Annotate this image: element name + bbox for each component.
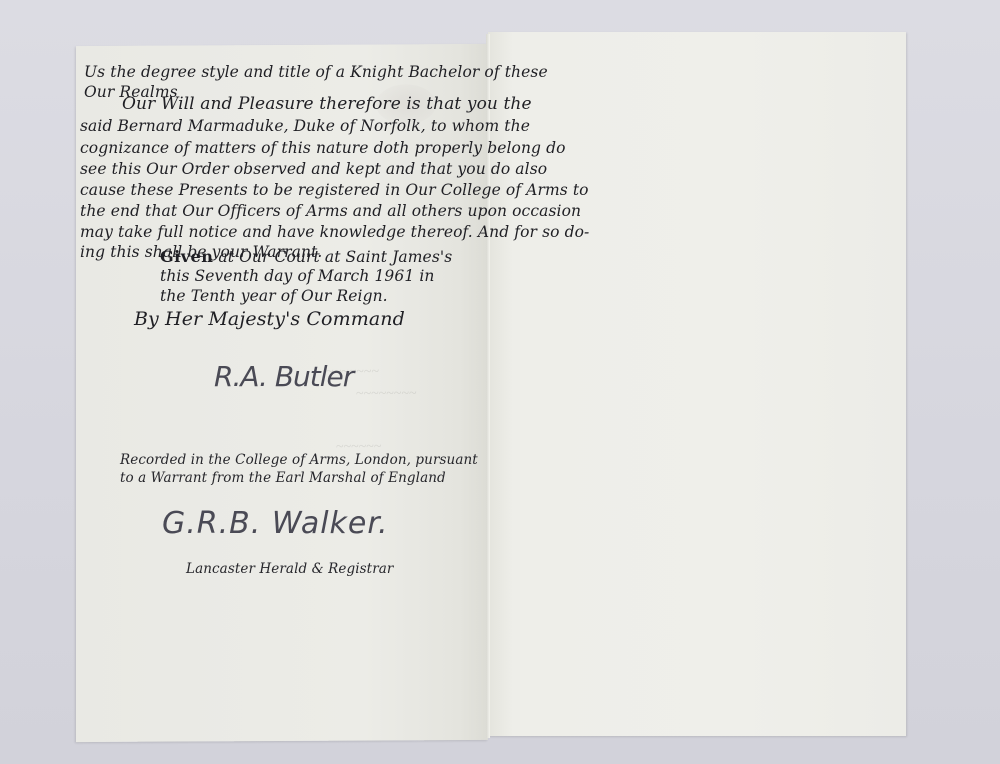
signature-butler: R.A. Butler: [214, 360, 353, 393]
given-line-3: the Tenth year of Our Reign.: [160, 288, 388, 305]
body-line: the end that Our Officers of Arms and al…: [80, 203, 581, 220]
recorded-line-2: to a Warrant from the Earl Marshal of En…: [120, 470, 446, 486]
body-line: may take full notice and have knowledge …: [80, 224, 589, 241]
given-line-1-text: at Our Court at Saint James's: [218, 248, 452, 266]
show-through-text: ~~~~~~~~: [356, 386, 417, 402]
signatory-title: Lancaster Herald & Registrar: [186, 561, 393, 577]
given-lead-word: Given: [160, 247, 213, 266]
body-line: see this Our Order observed and kept and…: [80, 161, 547, 178]
body-line: cause these Presents to be registered in…: [80, 182, 589, 199]
given-line-2: this Seventh day of March 1961 in: [160, 268, 434, 285]
body-line: said Bernard Marmaduke, Duke of Norfolk,…: [80, 118, 530, 135]
body-line: Us the degree style and title of a Knigh…: [84, 64, 548, 81]
signature-walker: G.R.B. Walker.: [162, 506, 389, 541]
body-line: Our Will and Pleasure therefore is that …: [122, 96, 532, 113]
given-line-1: Given at Our Court at Saint James's: [160, 248, 452, 266]
right-page: [488, 32, 906, 736]
command-line: By Her Majesty's Command: [134, 308, 405, 330]
body-line: cognizance of matters of this nature dot…: [80, 140, 566, 157]
recorded-line-1: Recorded in the College of Arms, London,…: [120, 452, 478, 468]
